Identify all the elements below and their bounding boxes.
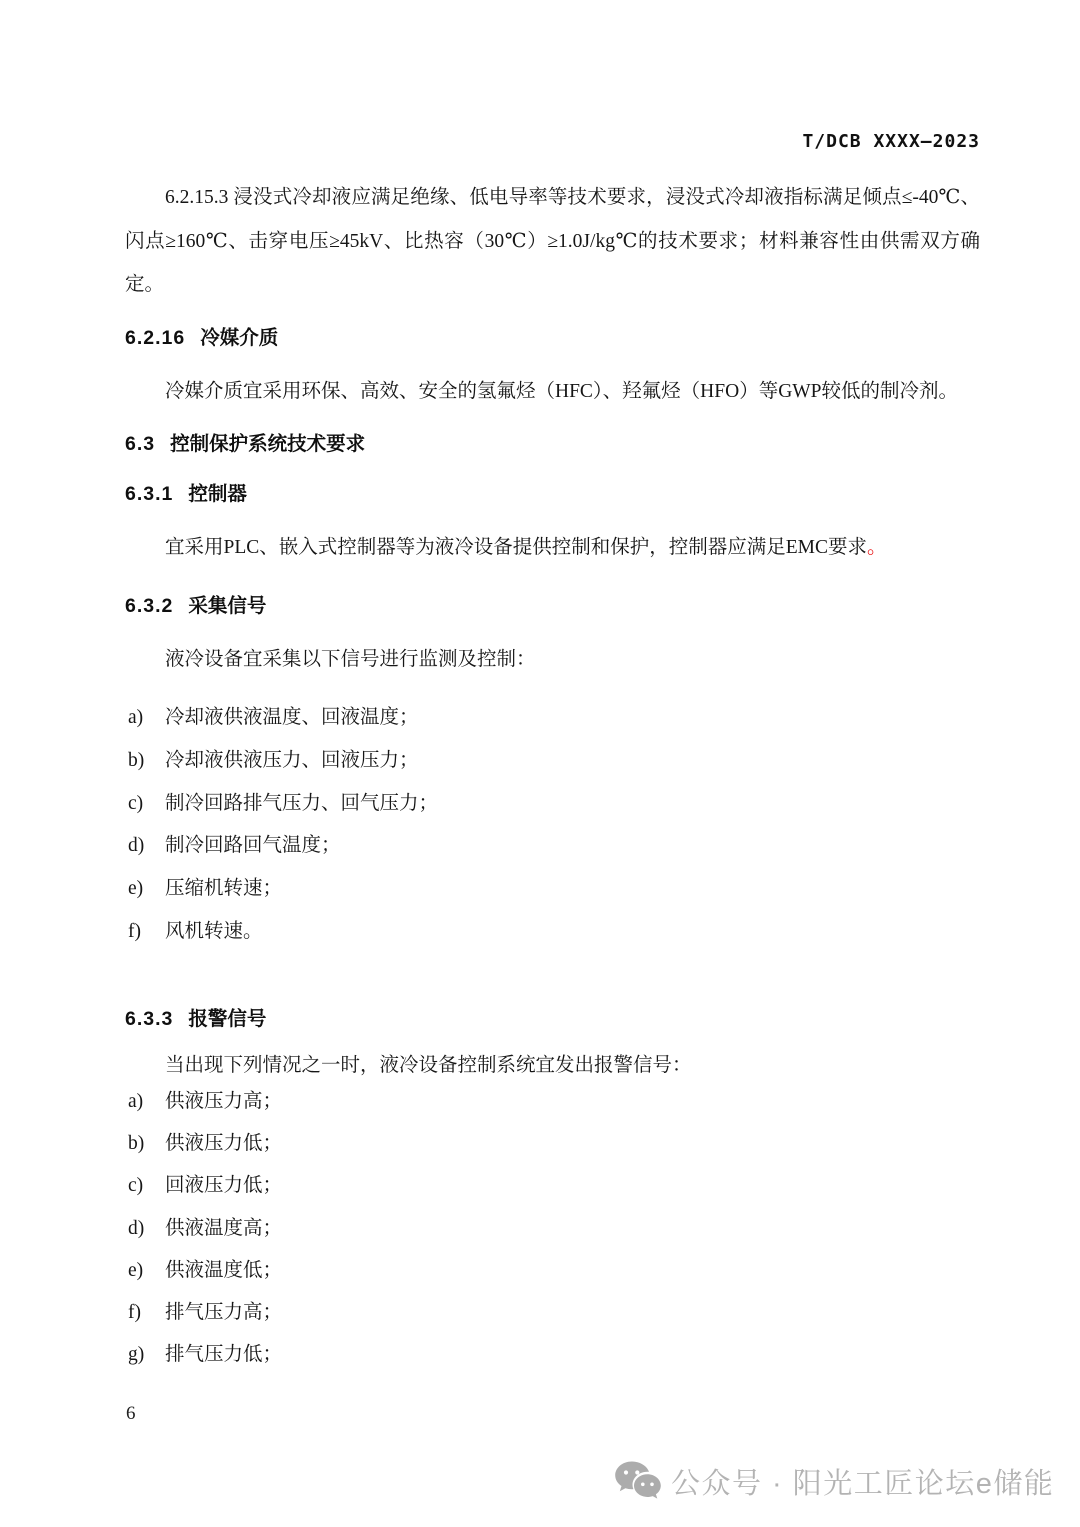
list-marker: a) <box>128 707 165 729</box>
list-item: f) 风机转速。 <box>128 921 980 943</box>
list-item: e) 压缩机转速； <box>128 878 980 900</box>
list-text: 制冷回路回气温度； <box>165 835 341 857</box>
heading-number: 6.3.2 <box>125 595 173 617</box>
list-text: 排气压力高； <box>165 1302 282 1324</box>
list-marker: e) <box>128 1260 165 1282</box>
list-text: 冷却液供液压力、回液压力； <box>165 750 419 772</box>
list-marker: g) <box>128 1344 165 1366</box>
list-text: 制冷回路排气压力、回气压力； <box>165 793 438 815</box>
heading-6-3-3: 6.3.3报警信号 <box>125 1007 980 1031</box>
clause-6-2-15-3-paragraph: 6.2.15.3 浸没式冷却液应满足绝缘、低电导率等技术要求，浸没式冷却液指标满… <box>125 176 980 307</box>
heading-title: 控制保护系统技术要求 <box>170 433 365 455</box>
list-marker: b) <box>128 750 165 772</box>
list-text: 冷却液供液温度、回液温度； <box>165 707 419 729</box>
list-marker: f) <box>128 1302 165 1324</box>
list-text: 风机转速。 <box>165 921 263 943</box>
list-text: 供液温度低； <box>165 1260 282 1282</box>
heading-6-3-1: 6.3.1控制器 <box>125 482 980 506</box>
document-page: T/DCB XXXX—2023 6.2.15.3 浸没式冷却液应满足绝缘、低电导… <box>0 0 1080 1527</box>
heading-number: 6.3 <box>125 433 155 455</box>
list-text: 供液压力高； <box>165 1091 282 1113</box>
list-marker: d) <box>128 835 165 857</box>
heading-title: 冷媒介质 <box>200 327 278 349</box>
list-text: 供液温度高； <box>165 1218 282 1240</box>
list-item: c) 制冷回路排气压力、回气压力； <box>128 793 980 815</box>
document-code: T/DCB XXXX—2023 <box>802 131 980 152</box>
list-marker: c) <box>128 1175 165 1197</box>
heading-title: 采集信号 <box>188 595 266 617</box>
paragraph-text: 宜采用PLC、嵌入式控制器等为液冷设备提供控制和保护，控制器应满足EMC要求 <box>165 537 867 558</box>
signal-list-6-3-2: a) 冷却液供液温度、回液温度； b) 冷却液供液压力、回液压力； c) 制冷回… <box>128 707 980 964</box>
list-marker: c) <box>128 793 165 815</box>
list-text: 压缩机转速； <box>165 878 282 900</box>
list-text: 供液压力低； <box>165 1133 282 1155</box>
paragraph-6-3-1: 宜采用PLC、嵌入式控制器等为液冷设备提供控制和保护，控制器应满足EMC要求。 <box>125 536 980 560</box>
list-marker: f) <box>128 921 165 943</box>
watermark-text: 公众号 · 阳光工匠论坛e储能 <box>671 1461 1054 1502</box>
paragraph-6-3-2: 液冷设备宜采集以下信号进行监测及控制： <box>125 648 980 672</box>
list-item: g) 排气压力低； <box>128 1344 980 1366</box>
list-marker: d) <box>128 1218 165 1240</box>
heading-number: 6.3.3 <box>125 1008 173 1030</box>
list-item: f) 排气压力高； <box>128 1302 980 1324</box>
list-item: a) 冷却液供液温度、回液温度； <box>128 707 980 729</box>
list-item: c) 回液压力低； <box>128 1175 980 1197</box>
watermark: 公众号 · 阳光工匠论坛e储能 <box>615 1459 1054 1503</box>
page-number: 6 <box>126 1403 136 1425</box>
paragraph-6-3-3: 当出现下列情况之一时，液冷设备控制系统宜发出报警信号： <box>125 1054 980 1078</box>
list-item: a) 供液压力高； <box>128 1091 980 1113</box>
list-item: b) 供液压力低； <box>128 1133 980 1155</box>
red-period: 。 <box>867 537 887 558</box>
heading-6-3: 6.3控制保护系统技术要求 <box>125 432 980 456</box>
list-text: 排气压力低； <box>165 1344 282 1366</box>
heading-number: 6.3.1 <box>125 483 173 505</box>
list-marker: a) <box>128 1091 165 1113</box>
wechat-icon <box>615 1459 661 1503</box>
heading-title: 报警信号 <box>188 1008 266 1030</box>
list-marker: e) <box>128 878 165 900</box>
list-text: 回液压力低； <box>165 1175 282 1197</box>
list-item: d) 供液温度高； <box>128 1218 980 1240</box>
list-marker: b) <box>128 1133 165 1155</box>
alarm-list-6-3-3: a) 供液压力高； b) 供液压力低； c) 回液压力低； d) 供液温度高； … <box>128 1091 980 1386</box>
heading-6-2-16: 6.2.16冷媒介质 <box>125 326 980 350</box>
paragraph-6-2-16: 冷媒介质宜采用环保、高效、安全的氢氟烃（HFC）、羟氟烃（HFO）等GWP较低的… <box>125 380 980 404</box>
list-item: b) 冷却液供液压力、回液压力； <box>128 750 980 772</box>
heading-title: 控制器 <box>188 483 247 505</box>
list-item: d) 制冷回路回气温度； <box>128 835 980 857</box>
list-item: e) 供液温度低； <box>128 1260 980 1282</box>
heading-number: 6.2.16 <box>125 327 185 349</box>
heading-6-3-2: 6.3.2采集信号 <box>125 594 980 618</box>
